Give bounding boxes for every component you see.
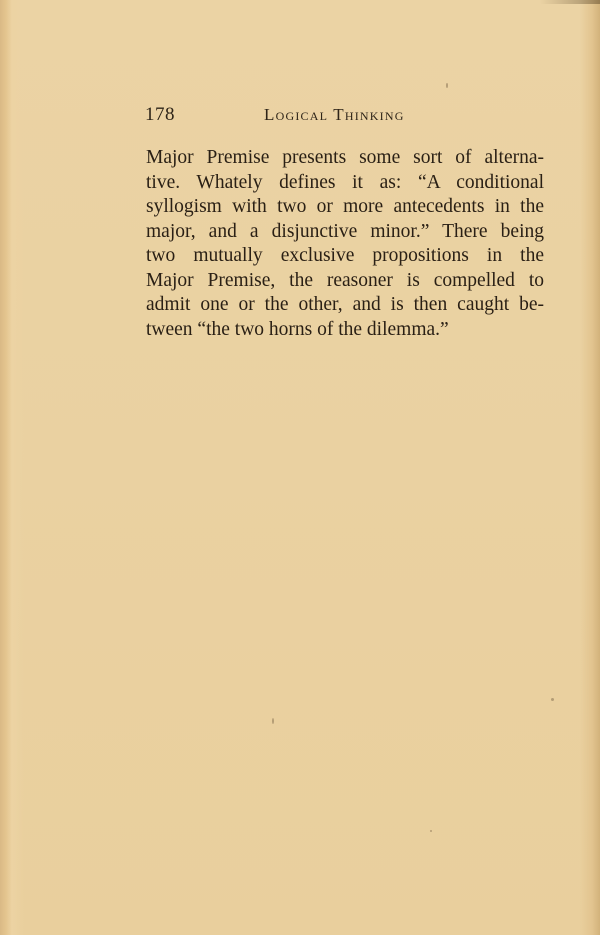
text-line: Major Premise presents some sort of alte… — [146, 146, 544, 171]
book-page: 178 Logical Thinking Major Premise prese… — [0, 0, 600, 935]
text-line: tween “the two horns of the dilemma.” — [146, 318, 544, 343]
text-line: tive. Whately defines it as: “A conditio… — [146, 171, 544, 196]
text-line: major, and a disjunctive minor.” There b… — [146, 220, 544, 245]
page-edge-shadow — [540, 0, 600, 4]
text-line: Major Premise, the reasoner is compelled… — [146, 269, 544, 294]
body-paragraph: Major Premise presents some sort of alte… — [146, 146, 544, 342]
text-line: admit one or the other, and is then caug… — [146, 293, 544, 318]
page-number: 178 — [145, 104, 175, 126]
text-line: two mutually exclusive propositions in t… — [146, 244, 544, 269]
paper-speck — [551, 698, 554, 701]
paper-speck — [430, 830, 432, 832]
text-line: syllogism with two or more antecedents i… — [146, 195, 544, 220]
paper-speck — [272, 718, 274, 724]
paper-speck — [446, 83, 448, 88]
running-title: Logical Thinking — [264, 105, 405, 125]
running-header: 178 Logical Thinking — [145, 104, 445, 126]
